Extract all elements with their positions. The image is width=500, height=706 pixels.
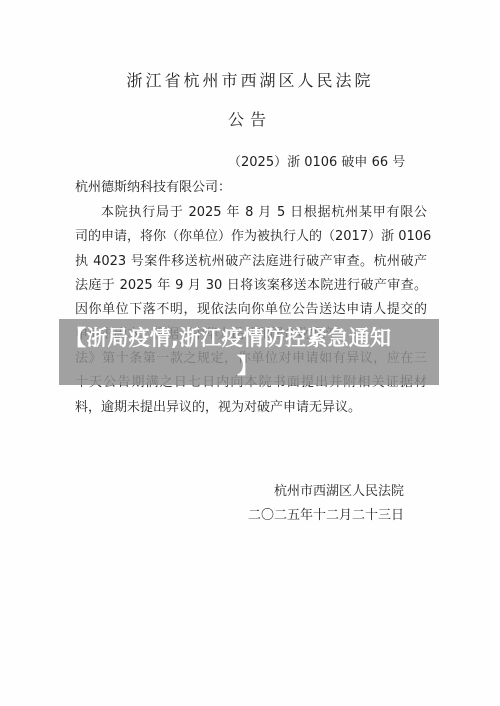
signature-date: 二〇二五年十二月二十三日 (248, 504, 404, 523)
notice-heading: 公告 (0, 107, 500, 130)
signature-court: 杭州市西湖区人民法院 (274, 480, 404, 499)
body-line: 司的申请，将你（你单位）作为被执行人的（2017）浙 0106 (75, 225, 427, 244)
headline-text[interactable]: 【浙局疫情,浙江疫情防控紧急通知 】 (65, 324, 435, 380)
addressee: 杭州德斯纳科技有限公司： (75, 176, 231, 195)
notice-document: 浙江省杭州市西湖区人民法院 公告 （2025）浙 0106 破申 66 号 杭州… (0, 0, 500, 706)
case-number: （2025）浙 0106 破申 66 号 (228, 151, 405, 170)
court-title: 浙江省杭州市西湖区人民法院 (0, 68, 500, 91)
body-line: 料，逾期未提出异议的，视为对破产申请无异议。 (75, 396, 427, 415)
body-line: 本院执行局于 2025 年 8 月 5 日根据杭州某甲有限公 (75, 201, 427, 220)
body-line: 法庭于 2025 年 9 月 30 日将该案移送本院进行破产审查。 (75, 274, 427, 293)
headline-closing-bracket: 】 (65, 352, 435, 380)
body-line: 因你单位下落不明，现依法向你单位公告送达申请人提交的 (75, 298, 427, 317)
body-line: 执 4023 号案件移送杭州破产法庭进行破产审查。杭州破产 (75, 250, 427, 269)
headline-overlay-banner[interactable]: 【浙局疫情,浙江疫情防控紧急通知 】 (59, 319, 439, 385)
headline-main: 【浙局疫情,浙江疫情防控紧急通知 (65, 326, 391, 350)
